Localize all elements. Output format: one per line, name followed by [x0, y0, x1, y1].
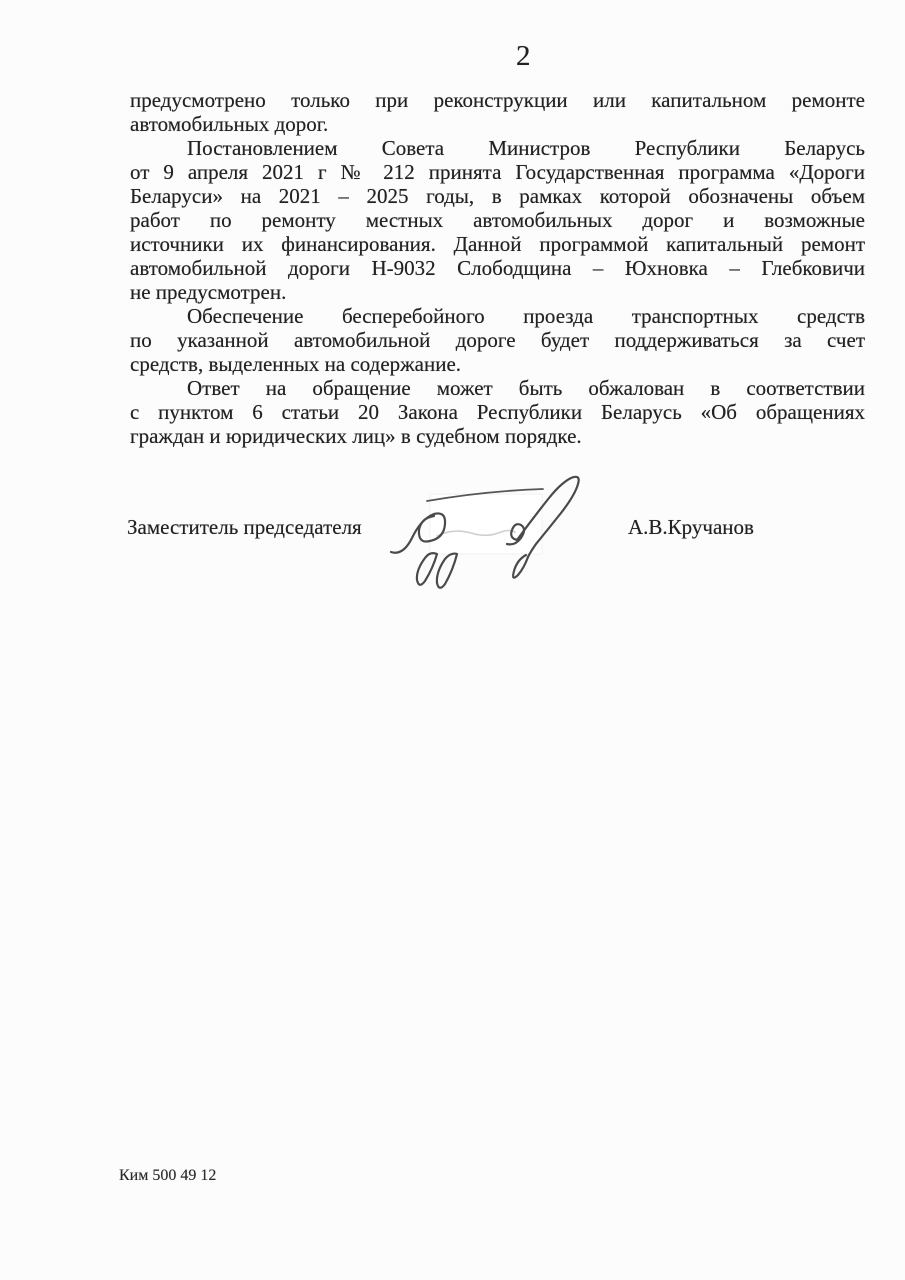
body-line: Ответ на обращение может быть обжалован …: [130, 376, 865, 400]
body-line: с пунктом 6 статьи 20 Закона Республики …: [130, 400, 865, 424]
body-line: Обеспечение бесперебойного проезда транс…: [130, 304, 865, 328]
body-line: источники их финансирования. Данной прог…: [130, 232, 865, 256]
letter-body: предусмотрено только при реконструкции и…: [130, 88, 865, 448]
body-line: предусмотрено только при реконструкции и…: [130, 88, 865, 112]
body-line: граждан и юридических лиц» в судебном по…: [130, 424, 865, 448]
body-line: работ по ремонту местных автомобильных д…: [130, 208, 865, 232]
signature-title: Заместитель председателя: [127, 515, 362, 539]
body-line: средств, выделенных на содержание.: [130, 352, 865, 376]
body-line: от 9 апреля 2021 г № 212 принята Государ…: [130, 160, 865, 184]
page-number: 2: [516, 42, 531, 71]
body-line: по указанной автомобильной дороге будет …: [130, 328, 865, 352]
body-line: Постановлением Совета Министров Республи…: [130, 136, 865, 160]
body-line: автомобильных дорог.: [130, 112, 865, 136]
body-line: не предусмотрен.: [130, 280, 865, 304]
signature-scribble-icon: [385, 472, 610, 594]
scanned-letter-page: 2 предусмотрено только при реконструкции…: [0, 0, 905, 1280]
redaction-patch: [430, 494, 542, 554]
footer-reference: Ким 500 49 12: [119, 1167, 216, 1185]
body-line: автомобильной дороги Н-9032 Слободщина –…: [130, 256, 865, 280]
signature-name: А.В.Кручанов: [628, 515, 754, 539]
body-line: Беларуси» на 2021 – 2025 годы, в рамках …: [130, 184, 865, 208]
